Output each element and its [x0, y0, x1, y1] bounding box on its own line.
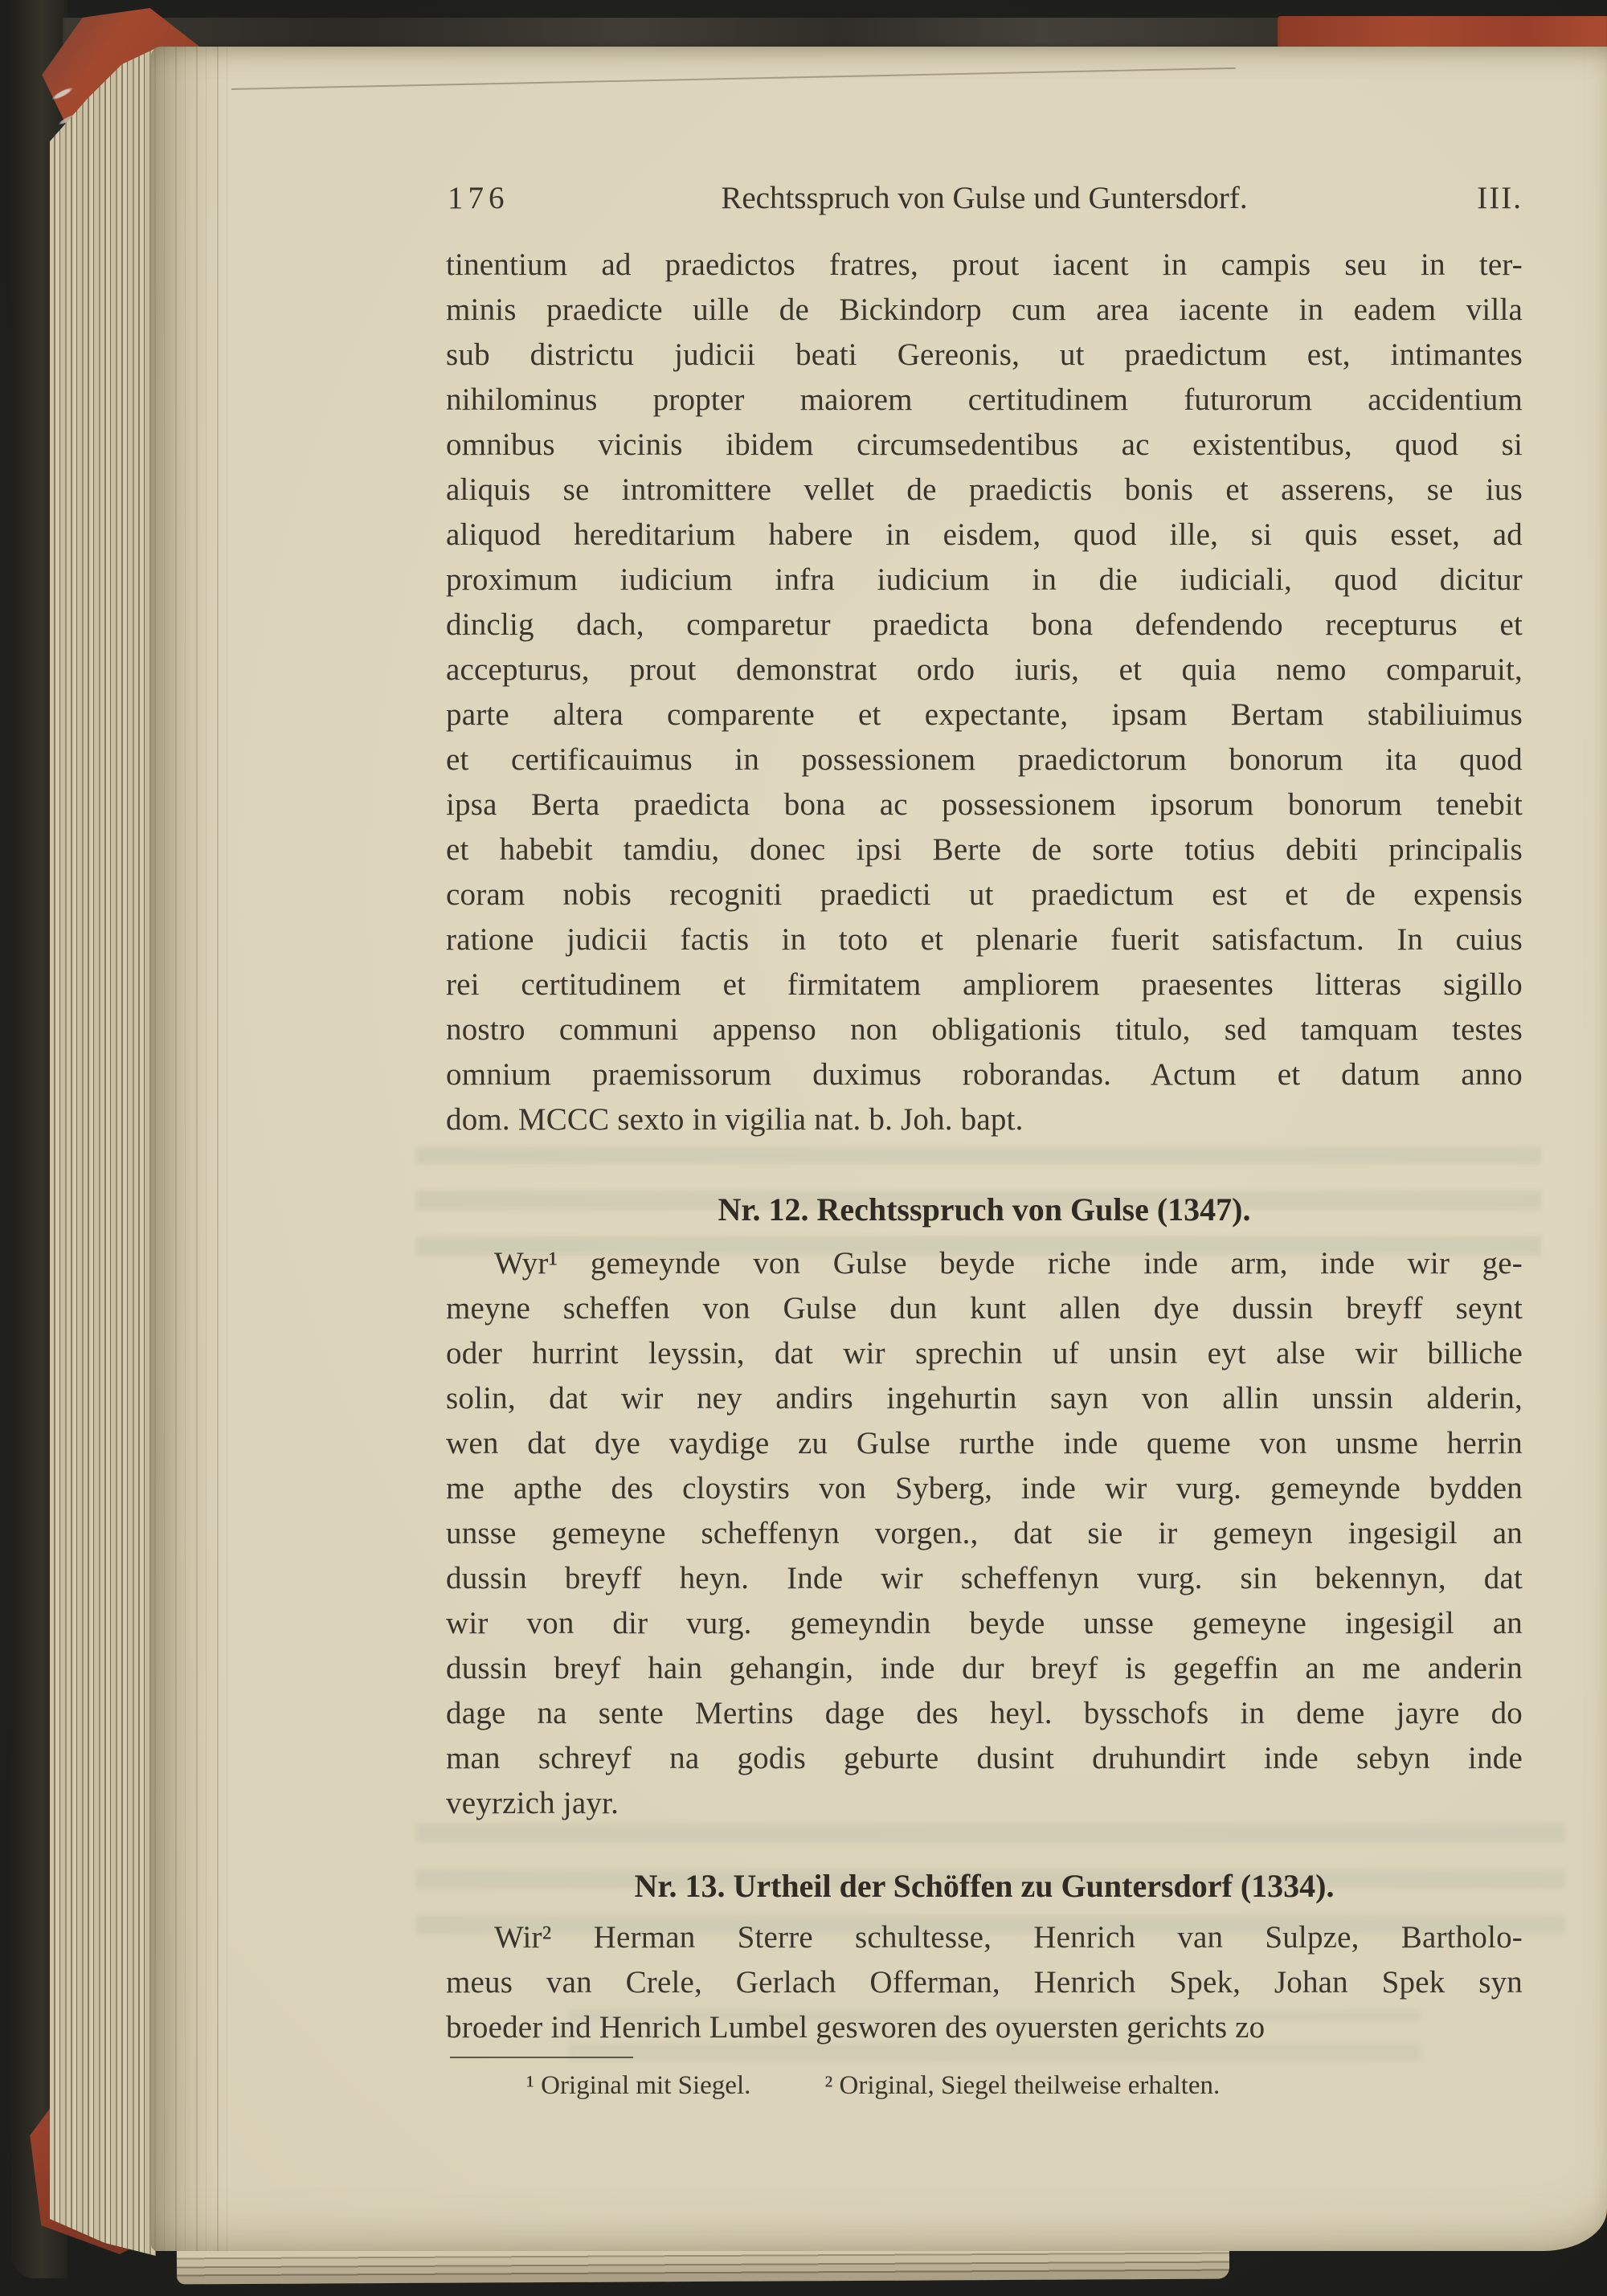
text-line: omnibus vicinis ibidem circumsedentibus … — [446, 423, 1523, 468]
text-line: dom. MCCC sexto in vigilia nat. b. Joh. … — [446, 1097, 1523, 1142]
section-heading-nr12: Nr. 12. Rechtsspruch von Gulse (1347). — [446, 1187, 1523, 1232]
text-line: aliquis se intromittere vellet de praedi… — [446, 468, 1523, 513]
footnotes: ¹ Original mit Siegel. ² Original, Siege… — [446, 2068, 1523, 2103]
text-line: minis praedicte uille de Bickindorp cum … — [446, 288, 1523, 333]
page-curl-lines — [154, 47, 228, 2251]
text-line: me apthe des cloystirs von Syberg, inde … — [446, 1466, 1523, 1511]
underlying-page-edge — [231, 67, 1236, 90]
text-line: rei certitudinem et firmitatem ampliorem… — [446, 962, 1523, 1007]
paragraph-nr13: Wir² Herman Sterre schultesse, Henrich v… — [446, 1915, 1523, 2050]
text-line: nihilominus propter maiorem certitudinem… — [446, 378, 1523, 423]
text-line: man schreyf na godis geburte dusint druh… — [446, 1736, 1523, 1781]
footnote-separator — [450, 2057, 633, 2058]
text-line: wir von dir vurg. gemeyndin beyde unsse … — [446, 1601, 1523, 1646]
footnote-2: ² Original, Siegel theilweise erhalten. — [824, 2068, 1220, 2103]
paragraph-latin-continuation: tinentium ad praedictos fratres, prout i… — [446, 243, 1523, 1142]
text-line: solin, dat wir ney andirs ingehurtin say… — [446, 1376, 1523, 1421]
text-line: et certificauimus in possessionem praedi… — [446, 737, 1523, 782]
text-line: Wir² Herman Sterre schultesse, Henrich v… — [446, 1915, 1523, 1960]
text-line: proximum iudicium infra iudicium in die … — [446, 558, 1523, 603]
text-line: broeder ind Henrich Lumbel gesworen des … — [446, 2005, 1523, 2050]
page-number: 176 — [448, 180, 509, 216]
text-line: omnium praemissorum duximus roborandas. … — [446, 1052, 1523, 1097]
chapter-numeral: III. — [1477, 180, 1523, 216]
text-line: parte altera comparente et expectante, i… — [446, 692, 1523, 737]
text-line: dussin breyff heyn. Inde wir scheffenyn … — [446, 1556, 1523, 1601]
text-line: dinclig dach, comparetur praedicta bona … — [446, 603, 1523, 648]
text-line: oder hurrint leyssin, dat wir sprechin u… — [446, 1331, 1523, 1376]
footnote-1: ¹ Original mit Siegel. — [526, 2068, 750, 2103]
book-photo: 176 Rechtsspruch von Gulse und Guntersdo… — [0, 0, 1607, 2296]
text-line: accepturus, prout demonstrat ordo iuris,… — [446, 648, 1523, 692]
text-line: et habebit tamdiu, donec ipsi Berte de s… — [446, 827, 1523, 872]
text-line: meus van Crele, Gerlach Offerman, Henric… — [446, 1960, 1523, 2005]
text-line: unsse gemeyne scheffenyn vorgen., dat si… — [446, 1511, 1523, 1556]
text-line: sub districtu judicii beati Gereonis, ut… — [446, 333, 1523, 378]
text-line: meyne scheffen von Gulse dun kunt allen … — [446, 1286, 1523, 1331]
book-page: 176 Rechtsspruch von Gulse und Guntersdo… — [151, 47, 1607, 2251]
page-content: 176 Rechtsspruch von Gulse und Guntersdo… — [446, 169, 1523, 2103]
text-line: ratione judicii factis in toto et plenar… — [446, 917, 1523, 962]
text-line: aliquod hereditarium habere in eisdem, q… — [446, 513, 1523, 558]
text-line: Wyr¹ gemeynde von Gulse beyde riche inde… — [446, 1241, 1523, 1286]
text-line: wen dat dye vaydige zu Gulse rurthe inde… — [446, 1421, 1523, 1466]
text-line: veyrzich jayr. — [446, 1781, 1523, 1826]
text-line: nostro communi appenso non obligationis … — [446, 1007, 1523, 1052]
text-line: dussin breyf hain gehangin, inde dur bre… — [446, 1646, 1523, 1691]
text-line: dage na sente Mertins dage des heyl. bys… — [446, 1691, 1523, 1736]
page-header: 176 Rechtsspruch von Gulse und Guntersdo… — [446, 180, 1523, 225]
text-line: tinentium ad praedictos fratres, prout i… — [446, 243, 1523, 288]
paragraph-nr12: Wyr¹ gemeynde von Gulse beyde riche inde… — [446, 1241, 1523, 1826]
page-edge-stack-left — [50, 48, 156, 2256]
text-line: coram nobis recogniti praedicti ut praed… — [446, 872, 1523, 917]
running-title: Rechtsspruch von Gulse und Guntersdorf. — [721, 180, 1247, 216]
text-line: ipsa Berta praedicta bona ac possessione… — [446, 782, 1523, 827]
section-heading-nr13: Nr. 13. Urtheil der Schöffen zu Guntersd… — [446, 1864, 1523, 1909]
